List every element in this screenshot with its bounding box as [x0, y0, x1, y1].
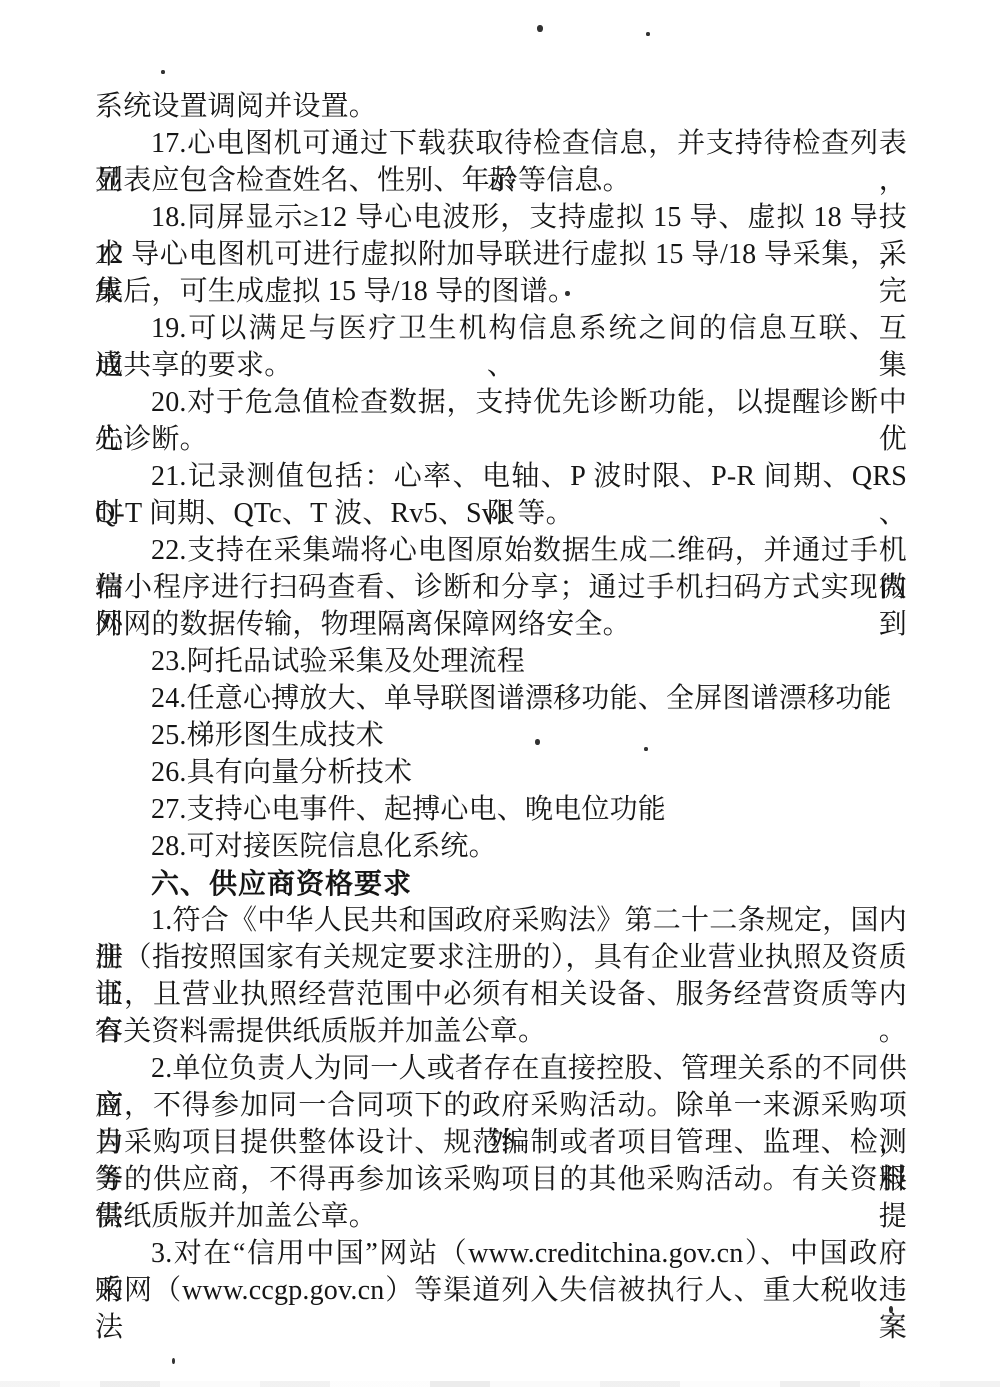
text-line: 17.心电图机可通过下载获取待检查信息，并支持待检查列表显示， — [95, 125, 907, 162]
text-line: 22.支持在采集端将心电图原始数据生成二维码，并通过手机端微 — [95, 532, 907, 569]
scan-speck — [161, 70, 165, 74]
text-line: 23.阿托品试验采集及处理流程 — [95, 643, 907, 680]
scan-speck — [535, 739, 540, 745]
section-heading: 六、供应商资格要求 — [95, 865, 907, 902]
scan-speck — [172, 1358, 175, 1364]
text-line: 19.可以满足与医疗卫生机构信息系统之间的信息互联、互通、集 — [95, 310, 907, 347]
text-line: 2.单位负责人为同一人或者存在直接控股、管理关系的不同供应 — [95, 1050, 907, 1087]
text-line: 28.可对接医院信息化系统。 — [95, 828, 907, 865]
text-line: 系统设置调阅并设置。 — [95, 88, 907, 125]
text-line: 26.具有向量分析技术 — [95, 754, 907, 791]
text-line: 1.符合《中华人民共和国政府采购法》第二十二条规定，国内注 — [95, 902, 907, 939]
text-line: 21.记录测值包括：心率、电轴、P 波时限、P-R 间期、QRS 时限、 — [95, 458, 907, 495]
text-line: 信小程序进行扫码查看、诊断和分享；通过手机扫码方式实现内网到 — [95, 569, 907, 606]
scan-speck — [644, 747, 648, 751]
text-line: 购网（www.ccgp.gov.cn）等渠道列入失信被执行人、重大税收违法案 — [95, 1272, 907, 1309]
text-line: 册（指按照国家有关规定要求注册的），具有企业营业执照及资质证 — [95, 939, 907, 976]
text-line: 27.支持心电事件、起搏心电、晚电位功能 — [95, 791, 907, 828]
scan-speck — [537, 25, 543, 32]
text-line: 书，且营业执照经营范围中必须有相关设备、服务经营资质等内容。 — [95, 976, 907, 1013]
text-line: 24.任意心搏放大、单导联图谱漂移功能、全屏图谱漂移功能 — [95, 680, 907, 717]
text-line: 务的供应商，不得再参加该采购项目的其他采购活动。有关资料需提 — [95, 1161, 907, 1198]
text-line: 商，不得参加同一合同项下的政府采购活动。除单一来源采购项目外， — [95, 1087, 907, 1124]
scan-speck — [565, 291, 570, 296]
text-line: 3.对在“信用中国”网站（www.creditchina.gov.cn）、中国政… — [95, 1235, 907, 1272]
scanner-edge-artifact — [0, 1381, 1000, 1387]
text-line: 18.同屏显示≥12 导心电波形，支持虚拟 15 导、虚拟 18 导技术， — [95, 199, 907, 236]
text-line: 为采购项目提供整体设计、规范编制或者项目管理、监理、检测等服 — [95, 1124, 907, 1161]
document-body: 系统设置调阅并设置。17.心电图机可通过下载获取待检查信息，并支持待检查列表显示… — [95, 88, 907, 1309]
scan-speck — [646, 32, 650, 36]
scanned-document-page: 系统设置调阅并设置。17.心电图机可通过下载获取待检查信息，并支持待检查列表显示… — [0, 0, 1000, 1387]
text-line: 20.对于危急值检查数据，支持优先诊断功能，以提醒诊断中心优 — [95, 384, 907, 421]
text-line: 12 导心电图机可进行虚拟附加导联进行虚拟 15 导/18 导采集，采集完 — [95, 236, 907, 273]
scan-speck — [889, 1306, 893, 1313]
text-line: 25.梯形图生成技术 — [95, 717, 907, 754]
